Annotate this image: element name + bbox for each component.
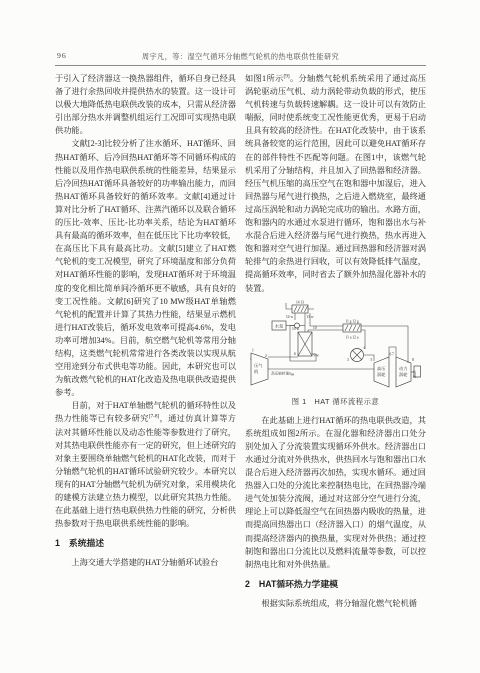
stream-label-3: 3 <box>347 358 349 362</box>
humid-air-line <box>308 330 365 349</box>
economizer-hatch <box>294 306 308 312</box>
citation-superscript: [7-8] <box>149 414 160 420</box>
stream-label-5: 5 <box>371 358 373 362</box>
section-title: HAT循环热力学建模 <box>259 579 338 589</box>
compressor-label-2: 机 <box>254 368 259 375</box>
section-title: 系统描述 <box>69 538 104 548</box>
shaft-speed-text: 高压轴转速n <box>271 370 291 375</box>
shaft-speed-subscript: HP <box>291 373 295 376</box>
hat-cycle-flow-diagram: 14 13 14 w 13 w 10 w 水泵 <box>250 299 421 394</box>
running-title: 周宇凡，等：湿空气循环分轴燃气轮机的热电联供性能研究 <box>95 52 386 62</box>
stream-label-2: 2 <box>265 354 267 358</box>
paragraph: 上海交通大学搭建的HAT分轴循环试验台 <box>55 556 236 569</box>
stream-label-14w: 14 w <box>286 315 293 319</box>
paper-page: 96 周宇凡，等：湿空气循环分轴燃气轮机的热电联供性能研究 于引入了经济器这一换… <box>0 0 480 673</box>
recuperator-gas-label: 11 g 12 g <box>345 319 359 323</box>
compressor-label-1: 压气 <box>254 362 263 369</box>
figure-1: 14 13 14 w 13 w 10 w 水泵 <box>245 299 426 408</box>
section-number: 1 <box>55 538 60 548</box>
paragraph: 如图1所示[9]。分轴燃气轮机系统采用了通过高压涡轮驱动压气机、动力涡轮带动负载… <box>245 72 426 295</box>
saturator-x <box>298 332 312 356</box>
section-heading-2: 2HAT循环热力学建模 <box>245 578 426 591</box>
paragraph-text: 。分轴燃气轮机系统采用了通过高压涡轮驱动压气机、动力涡轮带动负载的形式，使压气机… <box>245 74 426 293</box>
paragraph: 目前，对于HAT单轴燃气轮机的循环特性以及热力性能等已有较多研究[7-8]，通过… <box>55 399 236 530</box>
left-column: 于引入了经济器这一换热器组件，循环自身已经具备了进行余热回收并提供热水的装置。这… <box>55 72 236 610</box>
combustor-x <box>353 350 362 359</box>
paragraph: 文献[2-3]比较分析了注水循环、HAT循环、回热HAT循环、后冷回热HAT循环… <box>55 137 236 399</box>
paragraph: 在此基础上进行HAT循环的热电联供改造，其系统组成如图2所示。在湿化器和经济器出… <box>245 414 426 571</box>
shaft-speed-label: 高压轴转速nHP <box>271 370 295 376</box>
paragraph-text: ，通过仿真计算等方法对其循环性能以及动态性能等参数进行了研究，对其热电联供性能亦… <box>55 414 236 528</box>
recuperator-hatch <box>345 325 360 331</box>
page-number: 96 <box>57 51 67 60</box>
stream-label-4: 4 <box>364 346 366 350</box>
stream-label-7: 7 <box>392 352 394 356</box>
section-number: 2 <box>245 579 250 589</box>
stream-label-10: 10 <box>313 326 317 330</box>
recuperator-air-label: 11 a 12 a <box>346 335 359 339</box>
hp-turbine-label-1: 高压 <box>377 365 386 372</box>
load-label: 负载 <box>412 369 417 378</box>
power-turbine-label-2: 涡轮 <box>399 371 408 378</box>
power-turbine-label-1: 动力 <box>399 365 407 372</box>
economizer-label: 14 13 <box>296 300 304 304</box>
stream-label-6: 6 <box>294 352 296 356</box>
paragraph-text: 如图1所示 <box>245 74 284 83</box>
water-pump-box-label: 水泵 <box>275 322 283 329</box>
figure-1-caption: 图 1 HAT 循环流程示意 <box>245 395 426 408</box>
page-header: 96 周宇凡，等：湿空气循环分轴燃气轮机的热电联供性能研究 <box>55 51 426 66</box>
paragraph: 根据实际系统组成，将分轴湿化燃气轮机循 <box>245 597 426 610</box>
combustor-to-turbine-line <box>364 355 375 361</box>
page-content: 96 周宇凡，等：湿空气循环分轴燃气轮机的热电联供性能研究 于引入了经济器这一换… <box>55 51 426 610</box>
paragraph: 于引入了经济器这一换热器组件，循环自身已经具备了进行余热回收并提供热水的装置。这… <box>55 72 236 137</box>
stream-label-1: 1 <box>252 348 254 352</box>
section-heading-1: 1系统描述 <box>55 537 236 550</box>
right-column: 如图1所示[9]。分轴燃气轮机系统采用了通过高压涡轮驱动压气机、动力涡轮带动负载… <box>245 72 426 610</box>
stream-label-8: 8 <box>412 358 414 362</box>
two-column-body: 于引入了经济器这一换热器组件，循环自身已经具备了进行余热回收并提供热水的装置。这… <box>55 72 426 610</box>
hp-turbine-label-2: 涡轮 <box>377 371 386 378</box>
